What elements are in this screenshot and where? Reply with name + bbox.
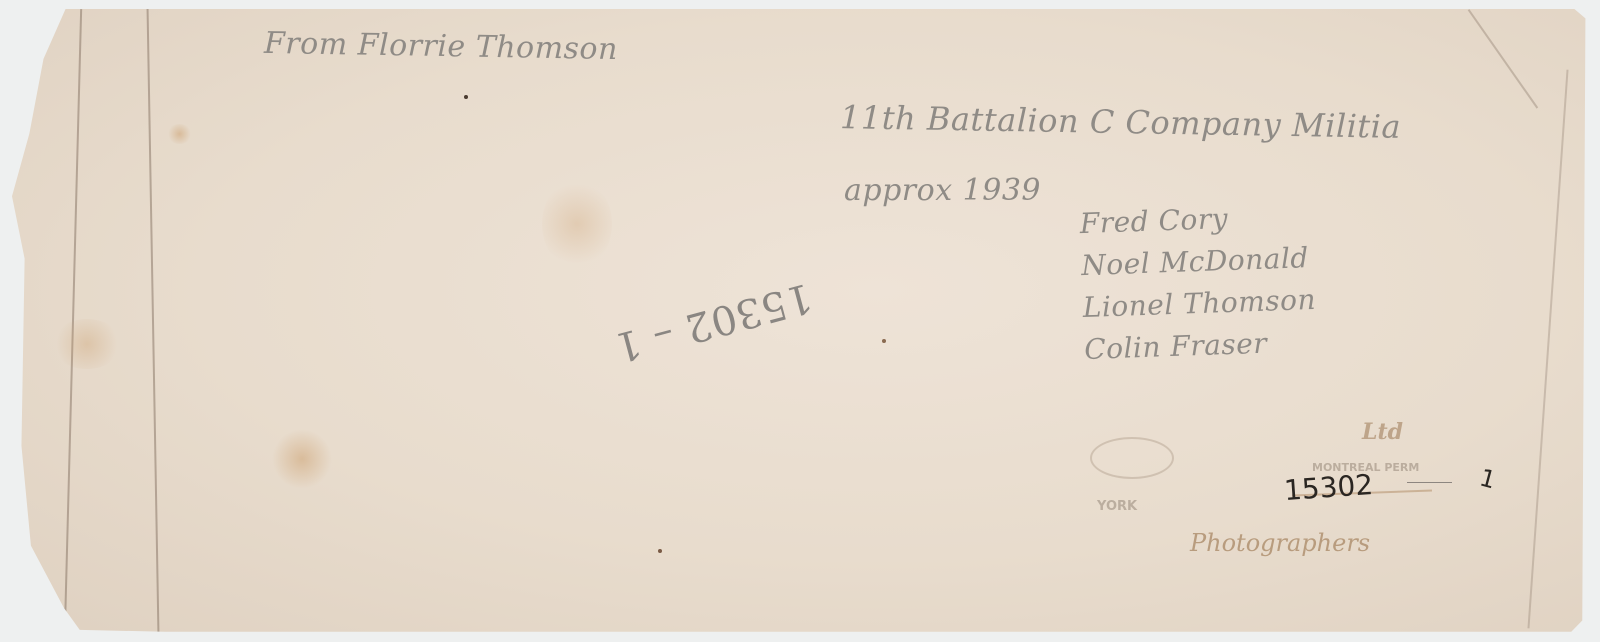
photographers-label: Photographers bbox=[1190, 529, 1370, 557]
stamp-ltd: Ltd bbox=[1362, 419, 1403, 445]
names-list: Fred Cory Noel McDonald Lionel Thomson C… bbox=[1079, 195, 1318, 371]
name-entry: Lionel Thomson bbox=[1082, 279, 1317, 329]
caption-note: 11th Battalion C Company Militia bbox=[840, 98, 1402, 146]
catalog-suffix: 1 bbox=[1477, 463, 1499, 494]
stamp-line2: YORK bbox=[1097, 499, 1137, 514]
catalog-dash bbox=[1407, 482, 1452, 483]
upside-down-number: 15302 – 1 bbox=[609, 274, 817, 371]
speck bbox=[464, 95, 468, 99]
provenance-note: From Florrie Thomson bbox=[264, 26, 618, 67]
date-note: approx 1939 bbox=[844, 173, 1041, 208]
crease-corner-top-right bbox=[1468, 9, 1538, 108]
stain-left bbox=[272, 429, 332, 489]
crease-left-inner bbox=[147, 9, 159, 633]
stamp-oval bbox=[1090, 437, 1174, 479]
stain-top-left bbox=[167, 124, 192, 144]
speck bbox=[882, 339, 886, 343]
catalog-number: 15302 bbox=[1283, 468, 1374, 507]
speck bbox=[658, 549, 662, 553]
stain-mid bbox=[542, 179, 612, 269]
photo-card-back: From Florrie Thomson 11th Battalion C Co… bbox=[12, 9, 1587, 633]
stain-edge bbox=[52, 319, 122, 369]
crease-right bbox=[1527, 70, 1568, 629]
name-entry: Colin Fraser bbox=[1084, 321, 1319, 371]
